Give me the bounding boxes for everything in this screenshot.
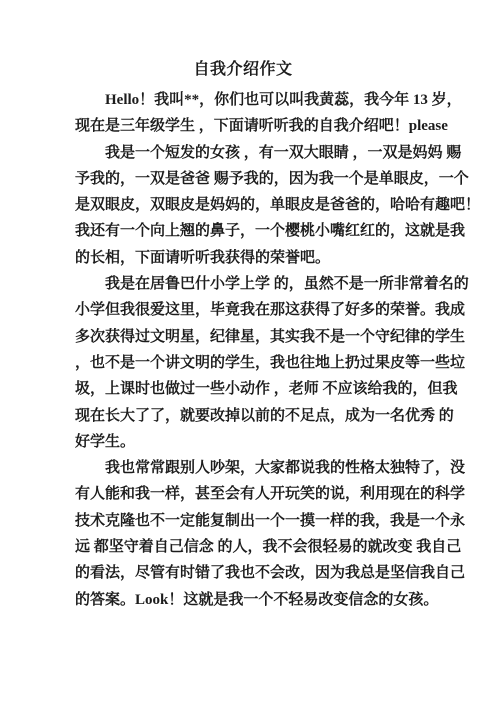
text-line-11: ，也不是一个讲文明的学生，我也往地上扔过果皮等一些垃 <box>75 350 435 376</box>
text-line-8: 我是在居鲁巴什小学上学 的，虽然不是一所非常着名的 <box>75 271 435 297</box>
text-line-4: 予我的，一双是爸爸 赐予我的，因为我一个是单眼皮，一个 <box>75 166 435 192</box>
text-line-5: 是双眼皮，双眼皮是妈妈的，单眼皮是爸爸的，哈哈有趣吧！ <box>75 192 435 218</box>
text-line-17: 技术克隆也不一定能复制出一个一摸一样的我，我是一个永 <box>75 508 435 534</box>
text-line-10: 多次获得过文明星，纪律星，其实我不是一个守纪律的学生 <box>75 324 435 350</box>
text-line-3: 我是一个短发的女孩 ，有一双大眼睛 ，一双是妈妈 赐 <box>75 140 435 166</box>
document-title: 自我介绍作文 <box>0 58 486 82</box>
text-line-16: 有人能和我一样，甚至会有人开玩笑的说，利用现在的科学 <box>75 481 435 507</box>
text-line-1: Hello！我叫**，你们也可以叫我黄蕊，我今年 13 岁， <box>75 87 435 113</box>
text-line-15: 我也常常跟别人吵架，大家都说我的性格太独特了，没 <box>75 455 435 481</box>
text-line-20: 的答案。Look！这就是我一个不轻易改变信念的女孩。 <box>75 587 435 613</box>
document-body: Hello！我叫**，你们也可以叫我黄蕊，我今年 13 岁，现在是三年级学生 ，… <box>75 87 435 613</box>
document-page: 自我介绍作文 Hello！我叫**，你们也可以叫我黄蕊，我今年 13 岁，现在是… <box>0 0 500 707</box>
text-line-12: 圾，上课时也做过一些小动作 ，老师 不应该给我的，但我 <box>75 376 435 402</box>
text-line-19: 的看法，尽管有时错了我也不会改，因为我总是坚信我自己 <box>75 560 435 586</box>
text-line-18: 远 都坚守着自己信念 的人，我不会很轻易的就改变 我自己 <box>75 534 435 560</box>
text-line-6: 我还有一个向上翘的鼻子，一个樱桃小嘴红红的，这就是我 <box>75 218 435 244</box>
text-line-9: 小学但我很爱这里，毕竟我在那这获得了好多的荣誉。我成 <box>75 297 435 323</box>
text-line-13: 现在长大了了，就要改掉以前的不足点，成为一名优秀 的 <box>75 403 435 429</box>
text-line-2: 现在是三年级学生 ，下面请听听我的自我介绍吧！please <box>75 113 435 139</box>
text-line-14: 好学生。 <box>75 429 435 455</box>
text-line-7: 的长相，下面请听听我获得的荣誉吧。 <box>75 245 435 271</box>
